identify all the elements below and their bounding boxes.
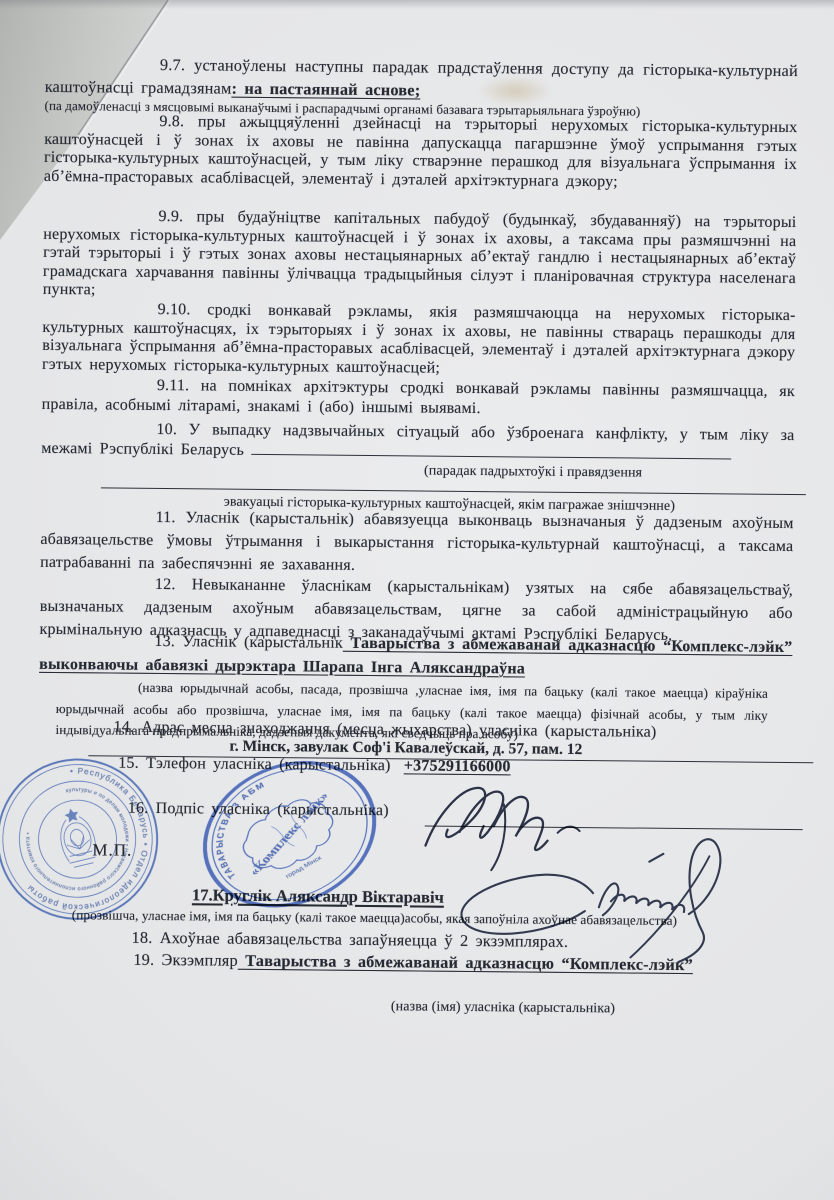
document-body: 9.7. устаноўлены наступны парадак прадст… [0,0,834,1200]
clause-13-owner-name: Таварыства з абмежаванай адказнасцю “Ком… [39,635,792,677]
filler-signature [426,824,757,967]
clause-10-rule-line [101,487,806,495]
clause-13-text: 13. Уласнік (карыстальнік [154,633,343,652]
clause-19-text: 19. Экзэмпляр [133,950,238,970]
stamp-inner-ring-text: культуры и по делам молодежи • Несвижско… [15,776,141,902]
clause-9-9: 9.9. пры будаўніцтве капітальных пабудоў… [43,207,797,307]
company-stamp-ring-text: ТАВАРЫСТВА З АБМЕЖАВАНАЙ АДКАЗНАСЦЬЮ • Р… [177,762,295,890]
clause-10-blank-line [251,442,731,460]
company-stamp-city-text: горад Мінск [284,854,322,880]
clause-10: 10. У выпадку надзвычайных сітуацый або … [41,419,794,466]
clause-9-7-text: 9.7. устаноўлены наступны парадак прадст… [45,55,798,98]
clause-9-7-highlight: : на пастаяннай аснове; [231,79,420,100]
document-photo: 9.7. устаноўлены наступны парадак прадст… [0,0,834,1200]
clause-9-8: 9.8. пры ажыццяўленні дзейнасці на тэрыт… [44,112,798,194]
clause-19-footnote: (назва (імя) уласніка (карыстальніка) [391,998,615,1017]
coat-of-arms-emblem [54,805,100,869]
clause-13: 13. Уласнік (карыстальнік Таварыства з а… [39,629,792,683]
clause-9-10: 9.10. сродкі вонкавай рэкламы, якія разм… [42,300,796,382]
clause-11: 11. Уласнік (карыстальнік) абавязуецца в… [40,505,794,581]
clause-10-footnote-1: (парадак падрыхтоўкі і правядзення [424,463,642,482]
company-stamp-name-text: «Комплекс лэйк» [246,790,332,878]
clause-9-11: 9.11. на помніках архітэктуры сродкі вон… [42,375,795,421]
